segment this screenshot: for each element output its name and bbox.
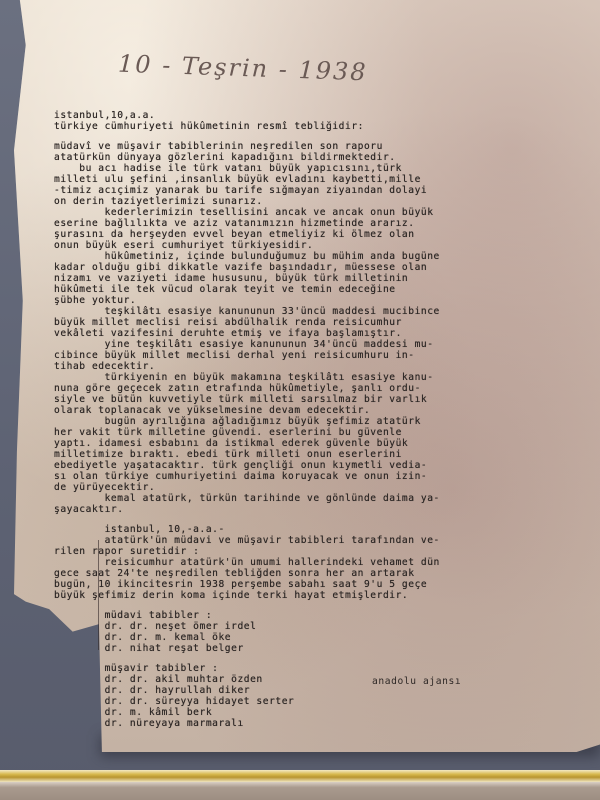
text-line: her vakit türk milletine güvendi. eserle… [54, 427, 574, 438]
text-line: hükûmeti ile tek vücud olarak teyit ve t… [54, 284, 574, 295]
text-line: bugün ayrılığına ağladığımız büyük şefim… [54, 416, 574, 427]
text-line: dr. dr. akil muhtar özden [54, 674, 574, 685]
text-line: şayacaktır. [54, 504, 574, 515]
text-line: milleti ulu şefini ,insanlık büyük evlad… [54, 174, 574, 185]
text-line: atatürk'ün müdavi ve müşavir tabibleri t… [54, 535, 574, 546]
text-line: hükûmetiniz, içinde bulunduğumuz bu mühi… [54, 251, 574, 262]
text-line: gece saat 24'te neşredilen tebliğden son… [54, 568, 574, 579]
text-line: onun büyük eseri cumhuriyet türkiyesidir… [54, 240, 574, 251]
text-line: sı olan türkiye cumhuriyetini daima koru… [54, 471, 574, 482]
typewritten-text: istanbul,10,a.a.türkiye cümhuriyeti hükû… [54, 110, 574, 729]
text-line: bugün, 10 ikincitesrin 1938 perşembe sab… [54, 579, 574, 590]
text-line: nizamı ve vaziyeti idame hususunu, büyük… [54, 273, 574, 284]
text-line: yine teşkilâtı esasiye kanununun 34'üncü… [54, 339, 574, 350]
text-line: şübhe yoktur. [54, 295, 574, 306]
text-line: milletimize bıraktı. ebedi türk milleti … [54, 449, 574, 460]
text-line: bu acı hadise ile türk vatanı büyük yapı… [54, 163, 574, 174]
text-line: müdavî ve müşavir tabiblerinin neşredile… [54, 141, 574, 152]
text-line: rilen rapor suretidir : [54, 546, 574, 557]
text-line: istanbul, 10,-a.a.- [54, 524, 574, 535]
text-line: kadar olduğu gibi dikkatle vazife başınd… [54, 262, 574, 273]
text-line: nuna göre geçecek zatın etrafında hükûme… [54, 383, 574, 394]
text-line: dr. m. kâmil berk [54, 707, 574, 718]
text-line: yaptı. idamesi esbabını da istikmal eder… [54, 438, 574, 449]
text-line: cibince büyük millet meclisi derhal yeni… [54, 350, 574, 361]
text-line: dr. dr. m. kemal öke [54, 632, 574, 643]
text-line: atatürkün dünyaya gözlerini kapadığını b… [54, 152, 574, 163]
text-line: olarak toplanacak ve yükselmesine devam … [54, 405, 574, 416]
text-line [54, 654, 574, 663]
text-line: dr. nüreyaya marmaralı [54, 718, 574, 729]
text-line: istanbul,10,a.a. [54, 110, 574, 121]
text-line: türkiye cümhuriyeti hükûmetinin resmî te… [54, 121, 574, 132]
text-line: müşavir tabibler : [54, 663, 574, 674]
text-line [54, 132, 574, 141]
text-line: müdavi tabibler : [54, 610, 574, 621]
text-line: dr. dr. süreyya hidayet serter [54, 696, 574, 707]
text-line: şurasını da herşeyden evvel beyan etmeli… [54, 229, 574, 240]
frame-edge [0, 782, 600, 800]
text-line: de yürüyecektir. [54, 482, 574, 493]
text-line: kemal atatürk, türkün tarihinde ve gönlü… [54, 493, 574, 504]
text-line: tihab edecektir. [54, 361, 574, 372]
text-line: ebediyetle yaşatacaktır. türk gençliği o… [54, 460, 574, 471]
frame-gold-trim [0, 770, 600, 782]
text-line: büyük millet meclisi reisi abdülhalik re… [54, 317, 574, 328]
signoff-agency: anadolu ajansı [372, 676, 461, 687]
text-line: teşkilâtı esasiye kanununun 33'üncü madd… [54, 306, 574, 317]
text-line [54, 515, 574, 524]
text-line: reisicumhur atatürk'ün umumi hallerindek… [54, 557, 574, 568]
text-line: türkiyenin en büyük makamına teşkilâtı e… [54, 372, 574, 383]
text-line: -timiz acıçimiz yanarak bu tarife sığmay… [54, 185, 574, 196]
text-line: eserine bağlılıkta ve aziz vatanımızın h… [54, 218, 574, 229]
text-line: dr. dr. hayrullah diker [54, 685, 574, 696]
text-line: kederlerimizin tesellisini ancak ve anca… [54, 207, 574, 218]
text-line: vekâleti vazifesini deruhte etmiş ve ifa… [54, 328, 574, 339]
text-line [54, 601, 574, 610]
text-line: büyük şefimiz derin koma içinde terki ha… [54, 590, 574, 601]
text-line: dr. nihat reşat belger [54, 643, 574, 654]
text-line: on derin taziyetlerimizi sunarız. [54, 196, 574, 207]
text-line: dr. dr. neşet ömer irdel [54, 621, 574, 632]
text-line: siyle ve bütün kuvvetiyle türk milleti s… [54, 394, 574, 405]
